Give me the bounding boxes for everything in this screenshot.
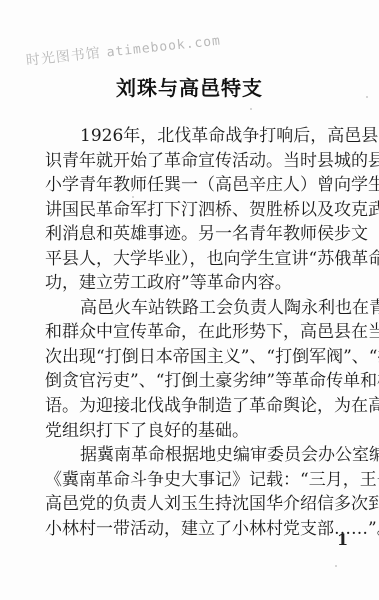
- paragraph-2-line-5: 语。为迎接北伐战争制造了革命舆论，为在高邑建立: [45, 394, 354, 419]
- paragraph-1-line-3: 小学青年教师任巽一（高邑辛庄人）曾向学生多次宣: [45, 173, 354, 198]
- paragraph-1-line-7: 功，建立劳工政府”等革命内容。: [45, 271, 354, 296]
- scan-speck: [210, 531, 212, 533]
- watermark-url: atimebook.com: [106, 34, 222, 61]
- paragraph-2-line-6: 党组织打下了良好的基础。: [45, 419, 354, 444]
- watermark: 时光图书馆atimebook.com: [25, 30, 222, 70]
- scan-speck: [132, 196, 134, 198]
- paragraph-1-line-4: 讲国民革命军打下汀泗桥、贺胜桥以及攻克武昌的胜: [45, 198, 354, 223]
- scan-speck: [250, 108, 252, 110]
- paragraph-2-line-2: 和群众中宣传革命，在此形势下，高邑县在当时曾多: [45, 320, 354, 345]
- paragraph-1-line-6: 平县人，大学毕业），也向学生宣讲“苏俄革命成: [45, 247, 354, 272]
- paragraph-3-line-1: 据冀南革命根据地史编审委员会办公室编写的: [45, 443, 354, 468]
- page-title: 刘珠与高邑特支: [0, 72, 379, 101]
- document-page: 时光图书馆atimebook.com 刘珠与高邑特支 1926年，北伐革命战争打…: [0, 0, 379, 600]
- scan-speck: [335, 565, 337, 567]
- paragraph-2-line-3: 次出现“打倒日本帝国主义”、“打倒军阀”、“打: [45, 345, 354, 370]
- paragraph-3-line-4: 小林村一带活动，建立了小林村党支部……”。刘玉: [45, 517, 354, 542]
- body-text: 1926年，北伐革命战争打响后，高邑县的进步知 识青年就开始了革命宣传活动。当时…: [45, 124, 354, 541]
- page-number: 1: [337, 530, 348, 549]
- paragraph-1-line-1: 1926年，北伐革命战争打响后，高邑县的进步知: [45, 124, 354, 149]
- paragraph-2-line-1: 高邑火车站铁路工会负责人陶永利也在青年学生: [45, 296, 354, 321]
- paragraph-1-line-5: 利消息和英雄事迹。另一名青年教师侯步文（河北顺: [45, 222, 354, 247]
- watermark-chinese: 时光图书馆: [25, 45, 101, 69]
- scan-speck: [366, 96, 368, 98]
- paragraph-2-line-4: 倒贪官污吏”、“打倒土豪劣绅”等革命传单和标: [45, 369, 354, 394]
- paragraph-1-line-2: 识青年就开始了革命宣传活动。当时县城的县立高等: [45, 149, 354, 174]
- paragraph-3-line-2: 《冀南革命斗争史大事记》记载：“三月，王子青和: [45, 468, 354, 493]
- paragraph-3-line-3: 高邑党的负责人刘玉生持沈国华介绍信多次到南和县: [45, 492, 354, 517]
